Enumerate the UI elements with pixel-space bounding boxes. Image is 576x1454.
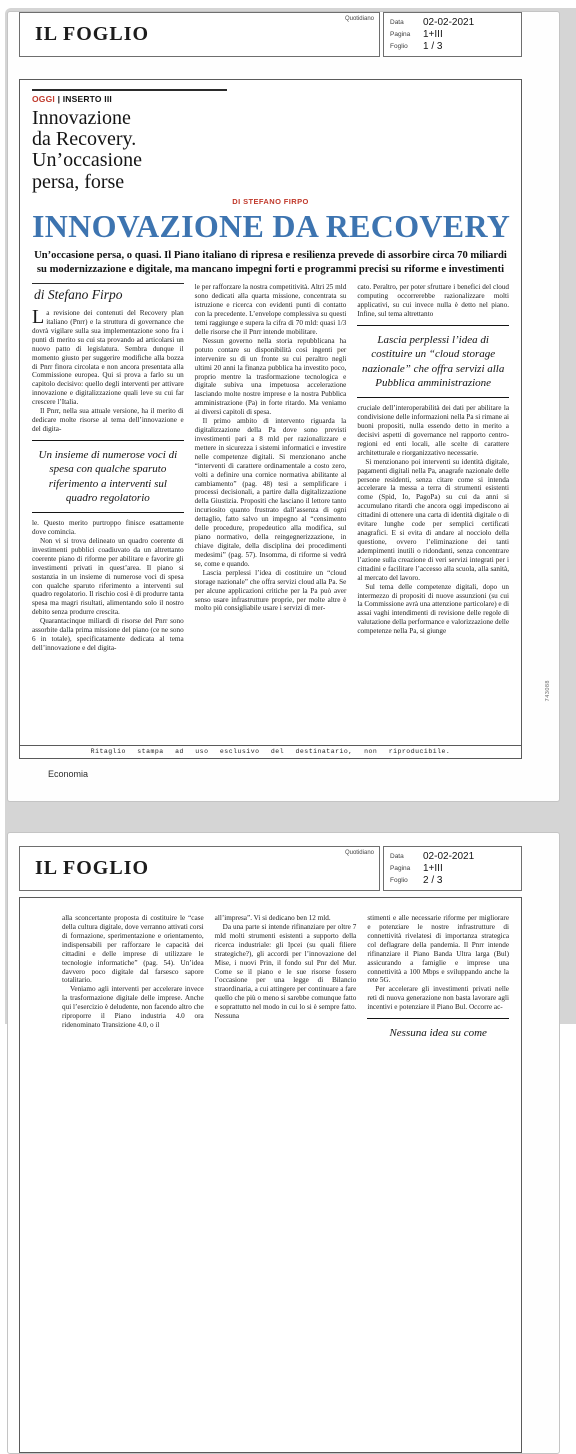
clipping-meta-box: Data 02-02-2021 Pagina 1+III Foglio 2 / …	[383, 846, 522, 891]
section-kicker: OGGI | INSERTO III	[32, 94, 509, 104]
masthead-box: IL FOGLIO Quotidiano	[19, 846, 380, 891]
paragraph: le. Questo merito purtroppo finisce esat…	[32, 519, 184, 537]
paragraph: Si menzionano poi interventi su identità…	[357, 458, 509, 583]
author-line: di Stefano Firpo	[32, 283, 184, 309]
newspaper-masthead: IL FOGLIO	[20, 23, 149, 46]
article-column-3: stimenti e alle necessarie riforme per m…	[367, 914, 509, 1024]
meta-page-label: Pagina	[390, 863, 423, 875]
author-byline: DI STEFANO FIRPO	[32, 197, 509, 206]
main-headline: INNOVAZIONE DA RECOVERY	[32, 208, 509, 245]
paragraph: Da una parte si intende rifinanziare per…	[215, 923, 357, 1021]
paragraph: Nessun governo nella storia repubblicana…	[195, 337, 347, 417]
paragraph: le per rafforzare la nostra competitivit…	[195, 283, 347, 337]
article-column-2: all’impresa”. Vi si dedicano ben 12 mld.…	[215, 914, 357, 1024]
paragraph: alla sconcertante proposta di costituire…	[62, 914, 204, 985]
meta-date-value: 02-02-2021	[423, 17, 516, 29]
meta-sheet-value: 1 / 3	[423, 41, 516, 53]
publication-type-label: Quotidiano	[345, 850, 374, 856]
standfirst: Un’occasione persa, o quasi. Il Piano it…	[32, 249, 509, 277]
kicker-highlight: OGGI	[32, 94, 55, 104]
pull-quote: Nessuna idea su come	[367, 1018, 509, 1024]
paragraph: La revisione dei contenuti del Recovery …	[32, 309, 184, 407]
article-column-2: le per rafforzare la nostra competitivit…	[195, 283, 347, 755]
paragraph: Per accelerare gli investimenti privati …	[367, 985, 509, 1012]
paragraph: Sul tema delle competenze digitali, dopo…	[357, 583, 509, 637]
paragraph: all’impresa”. Vi si dedicano ben 12 mld.	[215, 914, 357, 923]
meta-page-label: Pagina	[390, 29, 423, 41]
paragraph: cato. Peraltro, per poter sfruttare i be…	[357, 283, 509, 319]
meta-page-value: 1+III	[423, 863, 516, 875]
article-scan-box: OGGI | INSERTO III Innovazione da Recove…	[19, 79, 522, 759]
pull-quote: Lascia perplessi l’idea di costituire un…	[357, 325, 509, 398]
clipping-header: IL FOGLIO Quotidiano Data 02-02-2021 Pag…	[19, 846, 522, 891]
meta-date-label: Data	[390, 851, 423, 863]
paragraph: cruciale dell’interoperabilità dei dati …	[357, 404, 509, 458]
section-label: Economia	[48, 769, 88, 779]
article-column-1: di Stefano Firpo La revisione dei conten…	[32, 283, 184, 755]
meta-page-value: 1+III	[423, 29, 516, 41]
paragraph: Il primo ambito di intervento riguarda l…	[195, 417, 347, 569]
copyright-strip: Ritaglio stampa ad uso esclusivo del des…	[20, 745, 521, 758]
meta-sheet-label: Foglio	[390, 41, 423, 53]
article-columns: di Stefano Firpo La revisione dei conten…	[32, 283, 509, 755]
clipping-meta-box: Data 02-02-2021 Pagina 1+III Foglio 1 / …	[383, 12, 522, 57]
paragraph: Lascia perplessi l’idea di costituire un…	[195, 569, 347, 614]
meta-date-label: Data	[390, 17, 423, 29]
kicker-rule	[32, 89, 227, 91]
publication-type-label: Quotidiano	[345, 16, 374, 22]
masthead-box: IL FOGLIO Quotidiano	[19, 12, 380, 57]
newspaper-masthead: IL FOGLIO	[20, 857, 149, 880]
meta-sheet-value: 2 / 3	[423, 875, 516, 887]
article-columns: alla sconcertante proposta di costituire…	[62, 914, 509, 1024]
pull-quote: Un insieme di numerose voci di spesa con…	[32, 440, 184, 513]
clipping-page-2: IL FOGLIO Quotidiano Data 02-02-2021 Pag…	[7, 832, 560, 1024]
meta-sheet-label: Foglio	[390, 875, 423, 887]
paragraph: stimenti e alle necessarie riforme per m…	[367, 914, 509, 985]
paragraph: Veniamo agli interventi per accelerare i…	[62, 985, 204, 1024]
article-column-3: cato. Peraltro, per poter sfruttare i be…	[357, 283, 509, 755]
kicker-rest: | INSERTO III	[58, 94, 112, 104]
paragraph: Il Pnrr, nella sua attuale versione, ha …	[32, 407, 184, 434]
meta-date-value: 02-02-2021	[423, 851, 516, 863]
article-scan-box: alla sconcertante proposta di costituire…	[19, 897, 522, 1024]
clipping-header: IL FOGLIO Quotidiano Data 02-02-2021 Pag…	[19, 12, 522, 57]
clipping-code: 743088	[545, 680, 551, 701]
front-page-deck: Innovazione da Recovery. Un’occasione pe…	[32, 108, 192, 193]
article-column-1: alla sconcertante proposta di costituire…	[62, 914, 204, 1024]
paragraph: Quarantacinque miliardi di risorse del P…	[32, 617, 184, 653]
clipping-page-1: IL FOGLIO Quotidiano Data 02-02-2021 Pag…	[7, 11, 560, 802]
paragraph: Non vi si trova delineato un quadro coer…	[32, 537, 184, 617]
